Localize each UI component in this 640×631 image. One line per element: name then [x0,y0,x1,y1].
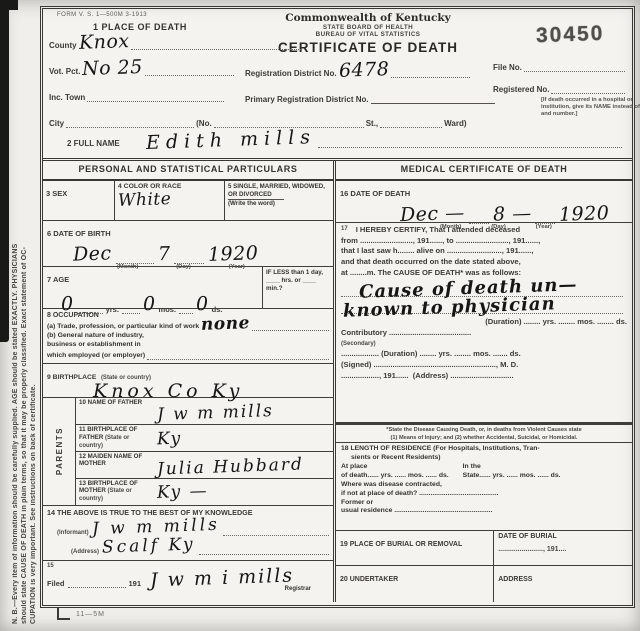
medical-section-title: MEDICAL CERTIFICATE OF DEATH [336,161,632,181]
informant-label: (Informant) [57,530,89,536]
filed-row: 15 Filed 191 J w m i mills Registrar [43,561,333,602]
certificate-number-stamp: 30450 [535,22,604,48]
dotted-leader [145,65,234,76]
bottom-print-code: 11—5M [76,611,105,618]
registration-district-field: Registration District No. 6478 [245,67,470,78]
voting-precinct-label: Vot. Pct. [49,67,80,76]
scan-corner-mark [57,607,70,620]
father-name-row: 10 NAME OF FATHER J w m mills [76,398,333,425]
street-label: St., [366,119,378,128]
undertaker-row: 20 UNDERTAKER ADDRESS [336,566,632,602]
certify-heading-line: 17 I HEREBY CERTIFY, That I attended dec… [341,225,627,236]
occupation-a-handwritten: none [201,315,250,334]
margin-instructions: N. B.—Every item of information should b… [11,6,38,626]
informant-address-line: (Address) Scalf Ky [47,538,329,555]
registered-no-label: Registered No. [493,85,549,94]
father-birthplace-row: 11 BIRTHPLACE OF FATHER (State or countr… [76,425,333,452]
dob-day-handwritten: 7 [157,244,170,263]
dotted-leader [199,544,329,555]
contracted-line-1: Where was disease contracted, [341,481,627,490]
sex-cell: 3 SEX [43,181,115,220]
filed-line: Filed 191 J w m i mills [47,569,329,588]
registration-district-handwritten: 6478 [338,60,389,81]
hospital-note: [If death occurred in a hospital or inst… [541,97,640,119]
occupation-a-label: (a) Trade, profession, or particular kin… [47,322,199,331]
voting-precinct-handwritten: No 25 [82,58,143,79]
filed-label: Filed [47,579,65,588]
certification-block: 17 I HEREBY CERTIFY, That I attended dec… [336,223,632,423]
signed-date-address-line: .................., 191...... (Address) … [341,371,627,382]
certificate-form: FORM V. S. 1—500M 3-1913 1 PLACE OF DEAT… [40,6,635,608]
county-label: County [49,41,77,50]
cause-of-death-area: Cause of death un— known to physician [341,280,627,316]
dotted-leader [551,83,625,94]
primary-registration-label: Primary Registration District No. [245,95,369,104]
informant-handwritten: J w m mills [91,516,219,537]
parents-rows: 10 NAME OF FATHER J w m mills 11 BIRTHPL… [75,398,333,504]
registration-district-label: Registration District No. [245,69,337,78]
registered-no-field: Registered No. [493,83,625,94]
occupation-row: 8 OCCUPATION (a) Trade, profession, or p… [43,309,333,365]
cause-footnote: *State the Disease Causing Death, or, in… [336,423,632,443]
mother-birthplace-label: 13 BIRTHPLACE OF MOTHER (State or countr… [79,480,153,504]
file-no-field: File No. [493,61,625,72]
at-place-line-1: At place [341,463,449,472]
marital-label: 5 SINGLE, MARRIED, WIDOWED, OR DIVORCED [228,183,330,199]
dotted-leader [68,577,126,588]
medical-certificate-column: MEDICAL CERTIFICATE OF DEATH 16 DATE OF … [336,161,632,602]
contributory-note: (Secondary) [341,341,376,347]
dob-year-handwritten: 1920 [208,244,259,265]
date-of-death-row: 16 DATE OF DEATH Dec — 8 — 1920 (Month) … [336,181,632,223]
contributory-dots: ....................................... [389,328,471,339]
age-label: 7 AGE [47,275,69,284]
scan-edge-strip [0,0,9,342]
age-less-than-day-note: IF LESS than 1 day, ____ hrs. or ____ mi… [263,267,333,308]
parents-vertical-label-cell: PARENTS [43,398,75,504]
dotted-leader [318,137,622,148]
in-state-cell: In the State...... yrs. ...... mos. ....… [463,463,561,481]
signed-address-part: (Address) .............................. [413,371,514,380]
occupation-b-label-2: business or establishment in [47,340,329,349]
dotted-leader [147,349,329,360]
county-handwritten: Knox [78,32,129,53]
personal-section-title: PERSONAL AND STATISTICAL PARTICULARS [43,161,333,181]
voting-precinct-field: Vot. Pct. No 25 [49,65,234,76]
marital-cell: 5 SINGLE, MARRIED, WIDOWED, OR DIVORCED … [225,181,333,220]
date-of-death-label: 16 DATE OF DEATH [340,189,410,198]
footnote-line-2: (1) Means of Injury; and (2) whether Acc… [336,434,632,442]
birthplace-row: 9 BIRTHPLACE (State or country) Knox Co … [43,364,333,398]
informant-row: 14 THE ABOVE IS TRUE TO THE BEST OF MY K… [43,506,333,562]
age-main-cell: 7 AGE 0 yrs. 0 mos. 0 ds. [43,267,263,308]
date-of-burial-label: DATE OF BURIAL [498,533,628,540]
dotted-leader [116,253,154,264]
mother-maiden-name-row: 12 MAIDEN NAME OF MOTHER Julia Hubbard [76,452,333,479]
residence-label-2: sients or Recent Residents) [351,454,627,463]
dod-month-handwritten: Dec — [400,204,465,225]
mother-maiden-name-handwritten: Julia Hubbard [157,456,304,478]
certify-line-3: and that death occurred on the date stat… [341,257,627,268]
personal-particulars-column: PERSONAL AND STATISTICAL PARTICULARS 3 S… [43,161,336,602]
footnote-line-1: *State the Disease Causing Death, or, in… [336,426,632,434]
solid-leader [371,93,495,104]
form-print-code: FORM V. S. 1—500M 3-1913 [57,12,147,18]
contributory-label: Contributory(Secondary) [341,328,387,350]
certify-line-1: from ........................., 191.....… [341,236,627,247]
length-of-residence-block: 18 LENGTH OF RESIDENCE (For Hospitals, I… [336,443,632,531]
residence-label-1: 18 LENGTH OF RESIDENCE (For Hospitals, I… [341,445,627,454]
mother-maiden-name-label: 12 MAIDEN NAME OF MOTHER [79,453,153,468]
undertaker-address-cell: ADDRESS [494,566,632,602]
mother-birthplace-handwritten: Ky — [157,483,209,502]
occupation-label: 8 OCCUPATION [47,311,329,320]
dotted-leader [87,91,224,102]
registrar-signature-handwritten: J w m i mills [150,567,295,591]
burial-row: 19 PLACE OF BURIAL OR REMOVAL DATE OF BU… [336,531,632,567]
occupation-a-line: (a) Trade, profession, or particular kin… [47,320,329,331]
birthplace-label: 9 BIRTHPLACE [47,374,96,381]
father-birthplace-label: 11 BIRTHPLACE OF FATHER (State or countr… [79,426,153,450]
dotted-leader [252,320,329,331]
full-name-handwritten: Edith mills [145,128,316,153]
dotted-leader [131,39,301,50]
former-line-1: Former or [341,499,627,508]
duration-line-2: .................. (Duration) ........ y… [341,349,627,360]
dod-day-handwritten: 8 — [492,204,531,224]
certify-heading: I HEREBY CERTIFY, That I attended deceas… [356,225,520,236]
inc-town-label: Inc. Town [49,93,85,102]
full-name-field: 2 FULL NAME Edith mills [67,137,622,148]
contracted-line-2: if not at place of death? ..............… [341,490,627,499]
informant-address-label: (Address) [71,549,99,555]
county-field: County Knox [49,39,301,50]
certify-line-2: that I last saw h........ alive on .....… [341,246,627,257]
age-row: 7 AGE 0 yrs. 0 mos. 0 ds. [43,267,333,309]
dob-month-handwritten: Dec [73,244,112,264]
certify-number: 17 [341,225,348,236]
in-state-line-1: In the [463,463,561,472]
date-of-death-line: Dec — 8 — 1920 [400,205,622,224]
place-of-burial-cell: 19 PLACE OF BURIAL OR REMOVAL [336,531,494,566]
father-name-handwritten: J w m mills [157,403,274,424]
dotted-leader [380,117,442,128]
sex-label: 3 SEX [46,189,67,198]
dotted-leader [223,525,329,536]
place-of-burial-label: 19 PLACE OF BURIAL OR REMOVAL [340,541,462,548]
dotted-leader [66,117,194,128]
inc-town-field: Inc. Town [49,91,224,102]
signed-line: (Signed) ...............................… [341,360,627,371]
in-state-line-2: State...... yrs. ...... mos. ...... ds. [463,472,561,481]
bureau-subtitle: BUREAU OF VITAL STATISTICS [249,31,487,38]
color-race-cell: 4 COLOR OR RACE White [115,181,225,220]
margin-line-3: CUPATION is very important. See instruct… [29,6,38,624]
occupation-b-label-3: which employed (or employer) [47,351,145,360]
margin-line-1: N. B.—Every item of information should b… [11,6,20,624]
parents-section: PARENTS 10 NAME OF FATHER J w m mills 11… [43,398,333,505]
dotted-leader [391,67,470,78]
occupation-b-line: which employed (or employer) [47,349,329,360]
city-label: City [49,119,64,128]
scanned-death-certificate: N. B.—Every item of information should b… [0,0,640,631]
primary-registration-field: Primary Registration District No. [245,93,495,104]
father-name-label: 10 NAME OF FATHER [79,399,153,406]
color-race-handwritten: White [118,191,172,210]
undertaker-cell: 20 UNDERTAKER [336,566,494,602]
at-place-cell: At place of death...... yrs. ...... mos.… [341,463,449,481]
file-no-label: File No. [493,63,522,72]
residence-columns: At place of death...... yrs. ...... mos.… [341,463,627,481]
undertaker-address-label: ADDRESS [498,576,532,583]
date-of-birth-label: 6 DATE OF BIRTH [47,229,111,238]
marital-note: (Write the word) [228,199,284,208]
date-of-birth-line: Dec 7 1920 [73,245,323,264]
former-line-2: usual residence ........................… [341,507,627,516]
dotted-leader [174,253,204,264]
contributory-line: Contributory(Secondary) ................… [341,328,627,350]
street-no-label: (No. [196,119,212,128]
full-name-label: 2 FULL NAME [67,139,120,148]
state-board-subtitle: STATE BOARD OF HEALTH [249,24,487,31]
at-place-line-2: of death...... yrs. ...... mos. ...... d… [341,472,449,481]
father-birthplace-handwritten: Ky [157,431,183,449]
occupation-b-label-1: (b) General nature of industry, [47,331,329,340]
filed-year-stub: 191 [129,579,142,588]
form-header: FORM V. S. 1—500M 3-1913 1 PLACE OF DEAT… [43,9,632,161]
sex-color-marital-row: 3 SEX 4 COLOR OR RACE White 5 SINGLE, MA… [43,181,333,221]
date-of-burial-stub: ......................., 191.... [498,546,628,553]
dod-year-handwritten: 1920 [559,204,610,225]
commonwealth-title: Commonwealth of Kentucky [249,12,487,24]
date-of-birth-row: 6 DATE OF BIRTH Dec 7 1920 (Month) (Day)… [43,221,333,267]
mother-birthplace-row: 13 BIRTHPLACE OF MOTHER (State or countr… [76,479,333,505]
undertaker-label: 20 UNDERTAKER [340,576,398,583]
parents-label: PARENTS [55,427,64,475]
informant-line: (Informant) J w m mills [47,519,329,536]
ward-label: Ward) [444,119,466,128]
date-of-burial-cell: DATE OF BURIAL ......................., … [494,531,632,566]
form-body: PERSONAL AND STATISTICAL PARTICULARS 3 S… [43,161,632,602]
dotted-leader [524,61,625,72]
informant-address-handwritten: Scalf Ky [102,536,196,556]
margin-line-2: should state CAUSE OF DEATH in plain ter… [20,6,29,624]
